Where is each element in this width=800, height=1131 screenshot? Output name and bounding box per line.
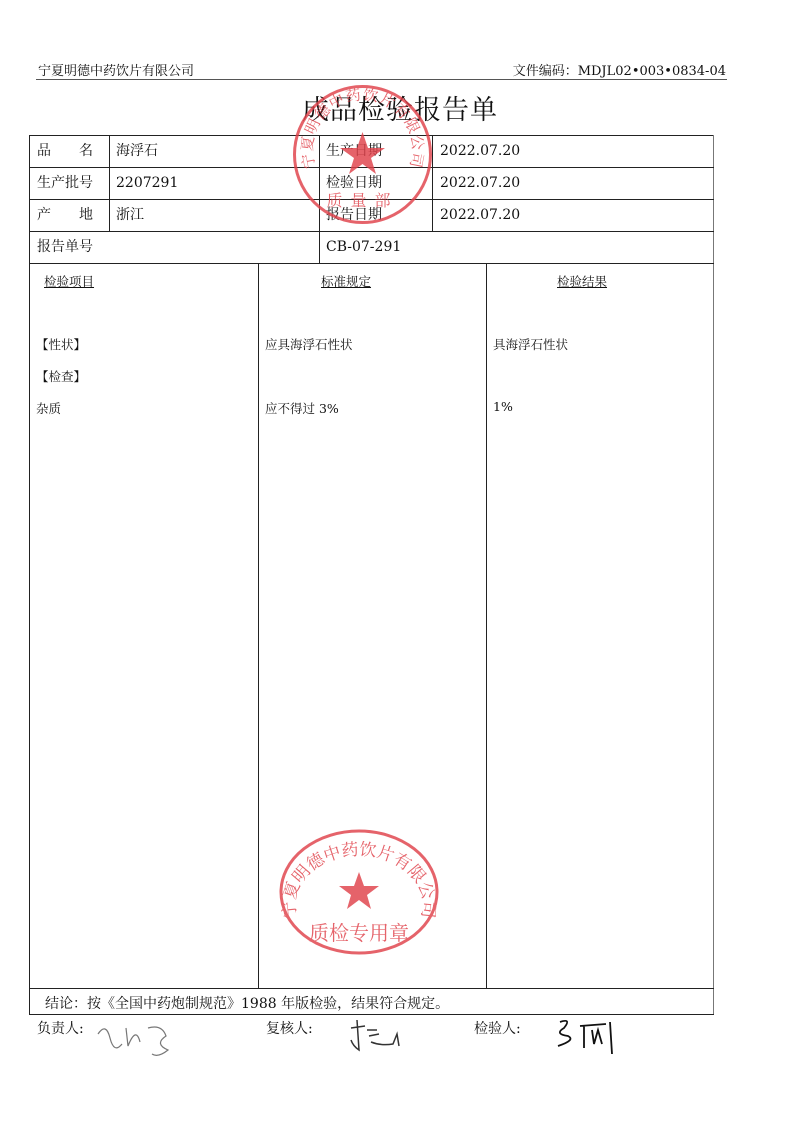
column-header-standard: 标准规定 <box>321 272 371 290</box>
production-date-value: 2022.07.20 <box>440 135 520 167</box>
result-value: 1% <box>493 399 513 414</box>
reviewer-label: 复核人: <box>266 1018 313 1038</box>
report-date-value: 2022.07.20 <box>440 199 520 231</box>
row-divider <box>29 988 714 989</box>
report-number-label: 报告单号 <box>37 231 93 263</box>
col-divider <box>432 135 433 231</box>
result-item: 【检查】 <box>36 367 86 385</box>
report-date-label: 报告日期 <box>326 199 382 231</box>
conclusion-text: 结论：按《全国中药炮制规范》1988 年版检验，结果符合规定。 <box>45 993 449 1013</box>
test-date-label: 检验日期 <box>326 167 382 199</box>
inspector-signature <box>550 1014 630 1058</box>
col-divider <box>486 263 487 988</box>
reviewer-signature <box>345 1016 415 1056</box>
star-icon <box>339 872 379 909</box>
batch-value: 2207291 <box>116 167 178 199</box>
quality-inspection-stamp: 宁夏明德中药饮片有限公司 质检专用章 <box>278 828 440 956</box>
document-code: 文件编码：MDJL02•003•0834-04 <box>513 60 726 79</box>
stamp-center-text: 质检专用章 <box>309 921 409 945</box>
row-divider <box>29 263 714 264</box>
origin-value: 浙江 <box>116 199 144 231</box>
result-item: 【性状】 <box>36 335 86 353</box>
inspector-label: 检验人: <box>474 1018 521 1038</box>
col-divider <box>258 263 259 988</box>
result-standard: 应具海浮石性状 <box>265 335 353 353</box>
result-item: 杂质 <box>36 399 61 417</box>
report-number-value: CB-07-291 <box>326 231 401 263</box>
responsible-signature <box>92 1014 182 1058</box>
table-border-left <box>29 135 30 1015</box>
page-title: 成品检验报告单 <box>0 88 800 127</box>
stamp-ring-text: 宁夏明德中药饮片有限公司 <box>279 840 438 919</box>
product-name-value: 海浮石 <box>116 135 158 167</box>
col-divider <box>319 135 320 263</box>
product-name-label: 品 名 <box>37 135 93 167</box>
column-header-result: 检验结果 <box>557 272 607 290</box>
column-header-item: 检验项目 <box>44 272 94 290</box>
batch-label: 生产批号 <box>37 167 93 199</box>
origin-label: 产 地 <box>37 199 93 231</box>
table-border-bottom <box>29 1014 714 1015</box>
svg-text:宁夏明德中药饮片有限公司: 宁夏明德中药饮片有限公司 <box>279 840 438 919</box>
table-border-right <box>713 135 714 1015</box>
test-date-value: 2022.07.20 <box>440 167 520 199</box>
header-divider <box>36 79 727 80</box>
col-divider <box>109 135 110 231</box>
company-name: 宁夏明德中药饮片有限公司 <box>38 60 194 79</box>
result-value: 具海浮石性状 <box>493 335 568 353</box>
responsible-label: 负责人: <box>37 1018 84 1038</box>
production-date-label: 生产日期 <box>326 135 382 167</box>
result-standard: 应不得过 3% <box>265 399 339 417</box>
